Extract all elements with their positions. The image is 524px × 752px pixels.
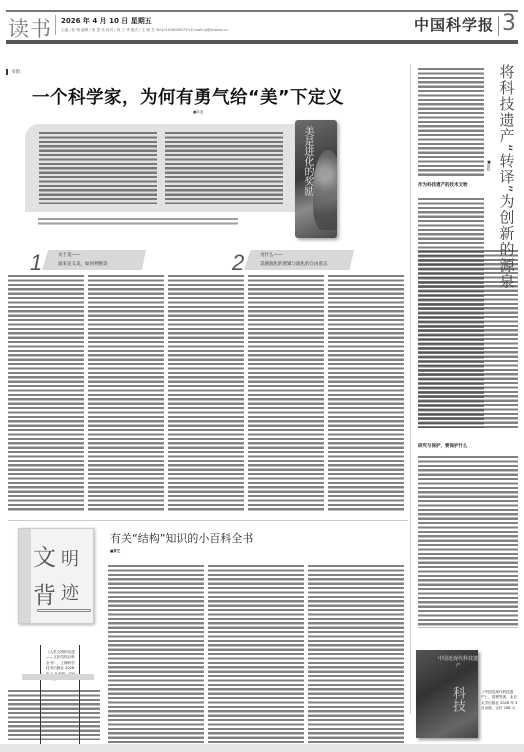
lead-body-col-3 — [168, 275, 244, 512]
subhead-kicker: 为什么—— — [260, 252, 283, 258]
peacock-book-cover-icon[interactable]: 美是进化的奖励 — [295, 120, 337, 238]
page-number-divider — [498, 16, 499, 36]
subhead-title: 美感演化的逻辑与演化的自由意志 — [260, 261, 328, 267]
lead-body-col-2 — [88, 275, 164, 512]
page-number: 3 — [502, 11, 516, 36]
article2-body-col-3 — [308, 565, 404, 743]
lead-summary-box — [25, 124, 300, 212]
subhead-kicker: 关于美—— — [58, 252, 81, 258]
peacock-illustration — [313, 150, 337, 230]
article2-byline: ■黄艺 — [110, 549, 120, 554]
subhead-1: 1 关于美—— 谁来定义美，如何判断美 — [30, 250, 134, 272]
tech-book-caption: 《中国近现代科技遗产》，周程等著，北京大学出版社 2026 年 3 月出版，定价… — [481, 690, 519, 712]
lead-book-caption — [38, 218, 238, 226]
cover-char: 背 — [33, 577, 56, 610]
lead-article-title[interactable]: 一个科学家，为何有勇气给“美”下定义 — [32, 84, 344, 109]
article2-title[interactable]: 有关“结构”知识的小百科全书 — [110, 530, 253, 546]
cover-title: 中国近现代科技遗产 — [438, 656, 478, 670]
subhead-title: 谁来定义美，如何判断美 — [58, 261, 108, 267]
civilization-book-cover-icon[interactable]: 文 明 背 迹 — [18, 528, 94, 624]
cover-subtitle-band — [37, 609, 91, 612]
lead-body-col-4 — [248, 275, 324, 512]
section-name: 读书 — [8, 13, 52, 43]
column-divider — [410, 64, 411, 714]
cover-big-title: 科技 — [450, 686, 464, 712]
cover-title: 美是进化的奖励 — [301, 126, 313, 196]
masthead-top-rule — [6, 10, 518, 12]
lead-body-col-1 — [8, 275, 84, 512]
side-body-1 — [418, 68, 484, 178]
page-bottom-bar — [0, 744, 524, 752]
subhead-number: 1 — [30, 250, 42, 276]
masthead-bottom-rule — [6, 40, 518, 44]
lead-body-col-5 — [328, 275, 404, 512]
section-divider — [8, 520, 408, 521]
subhead-number: 2 — [232, 250, 244, 276]
pull-quote-bar — [22, 674, 94, 680]
subhead-2: 2 为什么—— 美感演化的逻辑与演化的自由意志 — [232, 250, 342, 272]
tech-heritage-book-cover-icon[interactable]: 中国近现代科技遗产 科技 — [416, 650, 478, 738]
cover-spine — [19, 529, 31, 623]
cover-char: 迹 — [61, 579, 79, 605]
masthead-divider — [55, 15, 56, 35]
cover-char: 明 — [61, 545, 79, 571]
cover-char: 文 — [33, 539, 56, 572]
article2-body-col-2 — [208, 565, 304, 743]
side-subhead-2: 研究与保护，要保护什么 — [418, 444, 518, 450]
editors-line: 主编 / 张 晴 编辑 / 张 思 玮 校对 / 何 工 秀 版式 / 王 晓 … — [61, 28, 228, 33]
article2-body-left — [8, 690, 100, 740]
side-body-3 — [418, 250, 518, 430]
side-article-author: ■周程 — [487, 160, 492, 171]
column-tag: 书窗 — [6, 69, 20, 75]
summary-text-left — [39, 132, 157, 204]
paper-logo: 中国科学报 — [414, 14, 494, 35]
summary-text-right — [165, 132, 283, 204]
side-body-4 — [418, 456, 518, 628]
lead-byline: ■陈凌 — [193, 110, 203, 115]
article2-body-col-1 — [108, 565, 204, 743]
side-subhead-1: 作为科技遗产的技术文物 — [418, 183, 484, 189]
issue-date: 2026 年 4 月 10 日 星期五 — [61, 16, 152, 26]
